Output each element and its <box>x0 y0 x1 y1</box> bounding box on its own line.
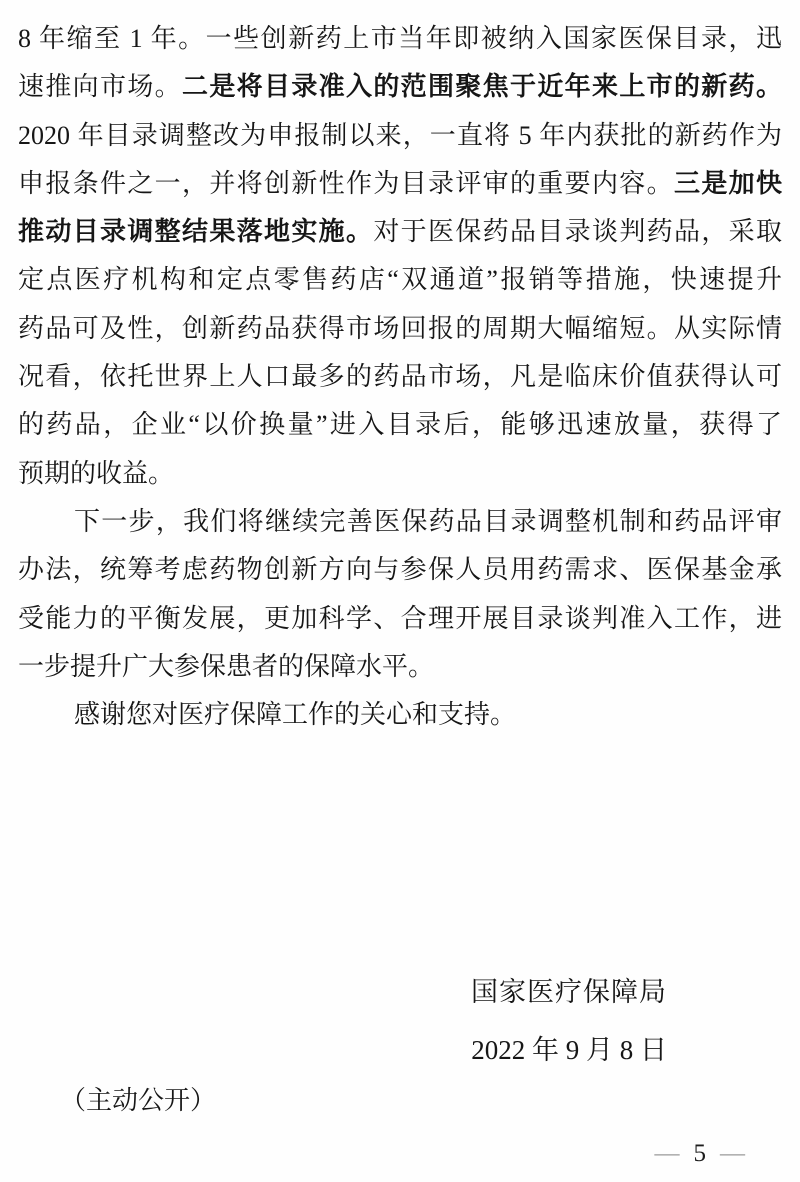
body-text-segment: 办法，统筹考虑药物创新方向与参保人员用药需求、医保基金承 <box>18 555 782 584</box>
body-text-line: 受能力的平衡发展，更加科学、合理开展目录谈判准入工作，进 <box>18 595 782 643</box>
page-number: — 5 — <box>655 1140 746 1168</box>
body-text-segment: 感谢您对医疗保障工作的关心和支持。 <box>74 700 516 729</box>
body-text-line: 办法，统筹考虑药物创新方向与参保人员用药需求、医保基金承 <box>18 546 782 594</box>
signature-date: 2022 年 9 月 8 日 <box>471 1035 667 1065</box>
body-text-line: 下一步，我们将继续完善医保药品目录调整机制和药品评审 <box>18 498 782 546</box>
body-text-segment: 的药品，企业“以价换量”进入目录后，能够迅速放量，获得了 <box>18 410 782 439</box>
page-number-dash-left: — <box>655 1140 680 1168</box>
document-body: 8 年缩至 1 年。一些创新药上市当年即被纳入国家医保目录，迅速推向市场。二是将… <box>18 15 782 739</box>
body-text-segment: 预期的收益。 <box>18 459 174 488</box>
body-text-line: 药品可及性，创新药品获得市场回报的周期大幅缩短。从实际情 <box>18 305 782 353</box>
body-text-line: 一步提升广大参保患者的保障水平。 <box>18 643 782 691</box>
page-number-dash-right: — <box>720 1140 745 1168</box>
signature-org: 国家医疗保障局 <box>471 977 667 1007</box>
body-text-line: 定点医疗机构和定点零售药店“双通道”报销等措施，快速提升 <box>18 256 782 304</box>
body-text-segment: 下一步，我们将继续完善医保药品目录调整机制和药品评审 <box>74 507 782 536</box>
body-text-line: 8 年缩至 1 年。一些创新药上市当年即被纳入国家医保目录，迅 <box>18 15 782 63</box>
body-text-segment-bold: 推动目录调整结果落地实施。 <box>18 217 373 246</box>
body-text-line: 2020 年目录调整改为申报制以来，一直将 5 年内获批的新药作为 <box>18 112 782 160</box>
body-text-line: 推动目录调整结果落地实施。对于医保药品目录谈判药品，采取 <box>18 208 782 256</box>
body-text-line: 速推向市场。二是将目录准入的范围聚焦于近年来上市的新药。 <box>18 63 782 111</box>
body-text-segment: 况看，依托世界上人口最多的药品市场，凡是临床价值获得认可 <box>18 362 782 391</box>
body-text-segment-bold: 二是将目录准入的范围聚焦于近年来上市的新药。 <box>182 72 782 101</box>
body-text-segment: 速推向市场。 <box>18 72 182 101</box>
body-text-line: 申报条件之一，并将创新性作为目录评审的重要内容。三是加快 <box>18 160 782 208</box>
page-number-value: 5 <box>694 1140 707 1168</box>
body-text-segment-bold: 三是加快 <box>674 169 782 198</box>
signature-block: 国家医疗保障局 2022 年 9 月 8 日 <box>471 977 667 1065</box>
disclosure-note: （主动公开） <box>60 1086 216 1116</box>
body-text-segment: 对于医保药品目录谈判药品，采取 <box>373 217 782 246</box>
body-text-segment: 2020 年目录调整改为申报制以来，一直将 5 年内获批的新药作为 <box>18 121 782 150</box>
body-text-segment: 一步提升广大参保患者的保障水平。 <box>18 652 434 681</box>
body-text-segment: 申报条件之一，并将创新性作为目录评审的重要内容。 <box>18 169 674 198</box>
body-text-segment: 药品可及性，创新药品获得市场回报的周期大幅缩短。从实际情 <box>18 314 782 343</box>
body-text-segment: 定点医疗机构和定点零售药店“双通道”报销等措施，快速提升 <box>18 265 782 294</box>
body-text-line: 预期的收益。 <box>18 450 782 498</box>
body-text-line: 的药品，企业“以价换量”进入目录后，能够迅速放量，获得了 <box>18 401 782 449</box>
body-text-line: 感谢您对医疗保障工作的关心和支持。 <box>18 691 782 739</box>
document-page: 8 年缩至 1 年。一些创新药上市当年即被纳入国家医保目录，迅速推向市场。二是将… <box>0 0 800 1182</box>
body-text-segment: 受能力的平衡发展，更加科学、合理开展目录谈判准入工作，进 <box>18 604 782 633</box>
body-text-segment: 8 年缩至 1 年。一些创新药上市当年即被纳入国家医保目录，迅 <box>18 24 782 53</box>
body-text-line: 况看，依托世界上人口最多的药品市场，凡是临床价值获得认可 <box>18 353 782 401</box>
